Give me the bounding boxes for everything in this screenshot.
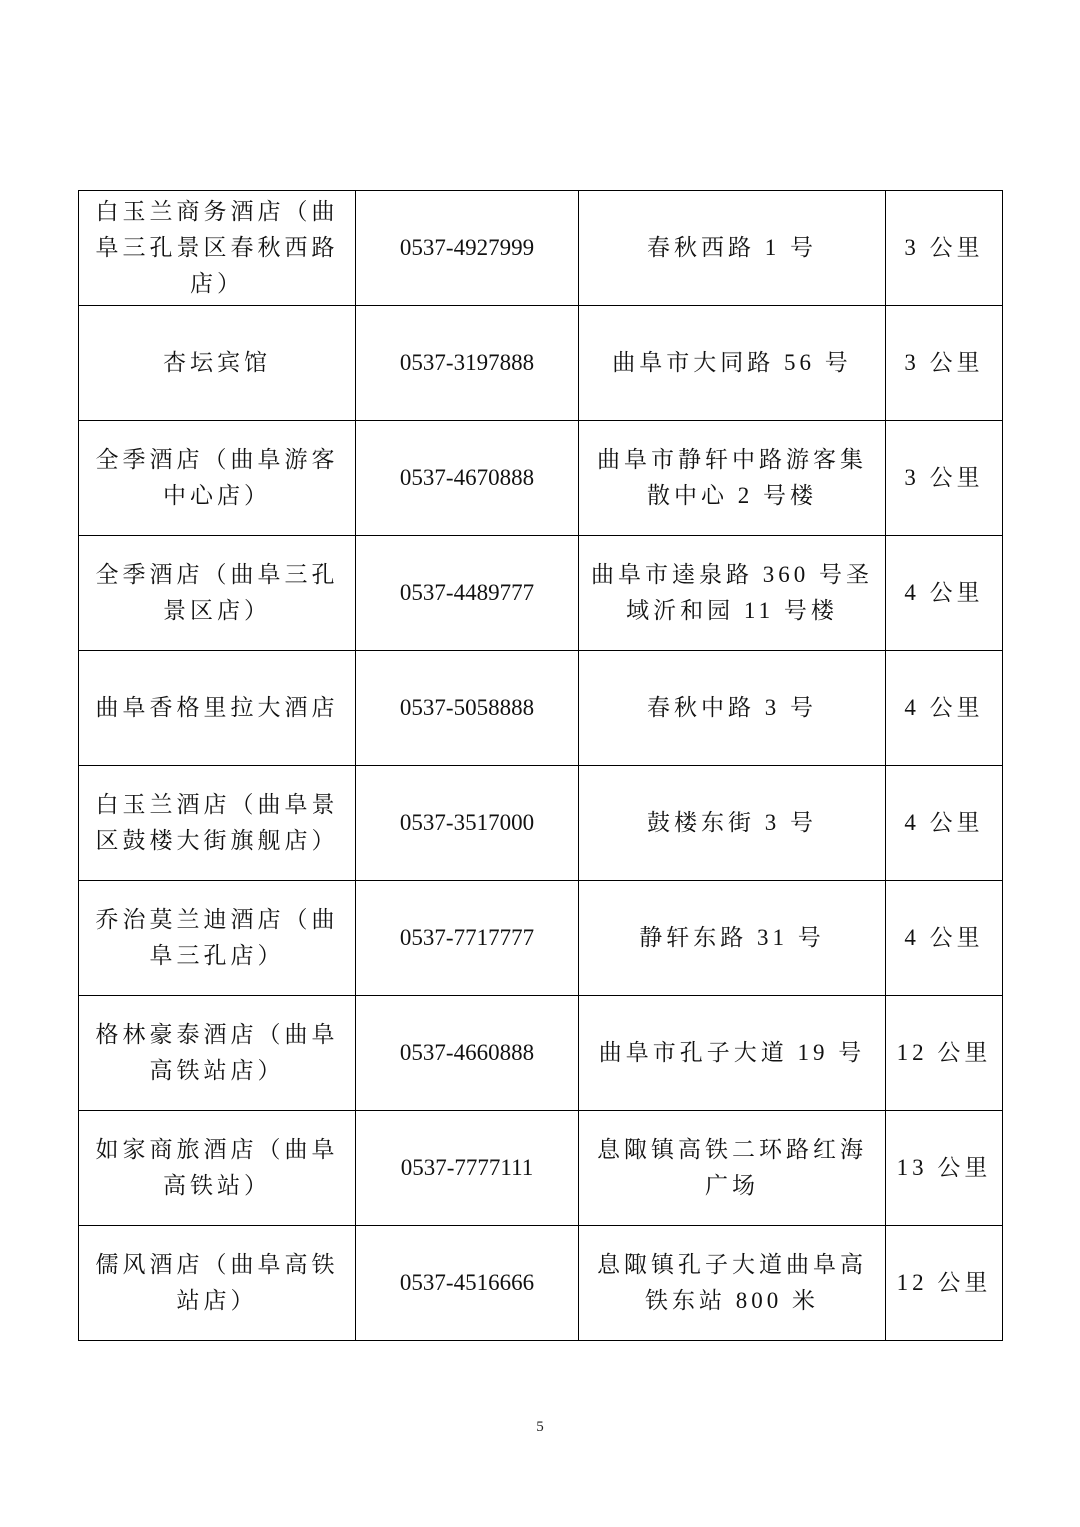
distance-cell: 4 公里	[886, 766, 1003, 881]
hotel-name-cell: 白玉兰商务酒店（曲阜三孔景区春秋西路店）	[79, 191, 356, 306]
address-cell: 息陬镇高铁二环路红海广场	[579, 1111, 886, 1226]
table-row: 格林豪泰酒店（曲阜高铁站店） 0537-4660888 曲阜市孔子大道 19 号…	[79, 996, 1003, 1111]
address-cell: 静轩东路 31 号	[579, 881, 886, 996]
table-row: 儒风酒店（曲阜高铁站店） 0537-4516666 息陬镇孔子大道曲阜高铁东站 …	[79, 1226, 1003, 1341]
distance-cell: 4 公里	[886, 536, 1003, 651]
phone-cell: 0537-4670888	[356, 421, 579, 536]
hotel-name-cell: 全季酒店（曲阜游客中心店）	[79, 421, 356, 536]
distance-cell: 13 公里	[886, 1111, 1003, 1226]
hotel-name-cell: 儒风酒店（曲阜高铁站店）	[79, 1226, 356, 1341]
phone-cell: 0537-3517000	[356, 766, 579, 881]
distance-cell: 12 公里	[886, 1226, 1003, 1341]
address-cell: 曲阜市大同路 56 号	[579, 306, 886, 421]
distance-cell: 12 公里	[886, 996, 1003, 1111]
phone-cell: 0537-7717777	[356, 881, 579, 996]
hotel-name-cell: 白玉兰酒店（曲阜景区鼓楼大街旗舰店）	[79, 766, 356, 881]
table-row: 白玉兰商务酒店（曲阜三孔景区春秋西路店） 0537-4927999 春秋西路 1…	[79, 191, 1003, 306]
phone-cell: 0537-4660888	[356, 996, 579, 1111]
hotel-name-cell: 格林豪泰酒店（曲阜高铁站店）	[79, 996, 356, 1111]
distance-cell: 3 公里	[886, 306, 1003, 421]
hotel-table: 白玉兰商务酒店（曲阜三孔景区春秋西路店） 0537-4927999 春秋西路 1…	[78, 190, 1003, 1341]
hotel-name-cell: 全季酒店（曲阜三孔景区店）	[79, 536, 356, 651]
table-row: 杏坛宾馆 0537-3197888 曲阜市大同路 56 号 3 公里	[79, 306, 1003, 421]
distance-cell: 3 公里	[886, 421, 1003, 536]
table-row: 曲阜香格里拉大酒店 0537-5058888 春秋中路 3 号 4 公里	[79, 651, 1003, 766]
address-cell: 曲阜市孔子大道 19 号	[579, 996, 886, 1111]
hotel-name-cell: 杏坛宾馆	[79, 306, 356, 421]
address-cell: 春秋西路 1 号	[579, 191, 886, 306]
address-cell: 曲阜市静轩中路游客集散中心 2 号楼	[579, 421, 886, 536]
distance-cell: 4 公里	[886, 651, 1003, 766]
phone-cell: 0537-3197888	[356, 306, 579, 421]
phone-cell: 0537-4927999	[356, 191, 579, 306]
distance-cell: 4 公里	[886, 881, 1003, 996]
table-row: 乔治莫兰迪酒店（曲阜三孔店） 0537-7717777 静轩东路 31 号 4 …	[79, 881, 1003, 996]
address-cell: 鼓楼东街 3 号	[579, 766, 886, 881]
page-number: 5	[0, 1419, 1080, 1436]
phone-cell: 0537-7777111	[356, 1111, 579, 1226]
phone-cell: 0537-4489777	[356, 536, 579, 651]
document-page: 白玉兰商务酒店（曲阜三孔景区春秋西路店） 0537-4927999 春秋西路 1…	[0, 0, 1080, 1527]
table-row: 白玉兰酒店（曲阜景区鼓楼大街旗舰店） 0537-3517000 鼓楼东街 3 号…	[79, 766, 1003, 881]
address-cell: 春秋中路 3 号	[579, 651, 886, 766]
table-row: 如家商旅酒店（曲阜高铁站） 0537-7777111 息陬镇高铁二环路红海广场 …	[79, 1111, 1003, 1226]
address-cell: 息陬镇孔子大道曲阜高铁东站 800 米	[579, 1226, 886, 1341]
hotel-name-cell: 乔治莫兰迪酒店（曲阜三孔店）	[79, 881, 356, 996]
table-row: 全季酒店（曲阜三孔景区店） 0537-4489777 曲阜市逵泉路 360 号圣…	[79, 536, 1003, 651]
table-row: 全季酒店（曲阜游客中心店） 0537-4670888 曲阜市静轩中路游客集散中心…	[79, 421, 1003, 536]
phone-cell: 0537-4516666	[356, 1226, 579, 1341]
hotel-name-cell: 如家商旅酒店（曲阜高铁站）	[79, 1111, 356, 1226]
distance-cell: 3 公里	[886, 191, 1003, 306]
phone-cell: 0537-5058888	[356, 651, 579, 766]
address-cell: 曲阜市逵泉路 360 号圣域沂和园 11 号楼	[579, 536, 886, 651]
hotel-name-cell: 曲阜香格里拉大酒店	[79, 651, 356, 766]
